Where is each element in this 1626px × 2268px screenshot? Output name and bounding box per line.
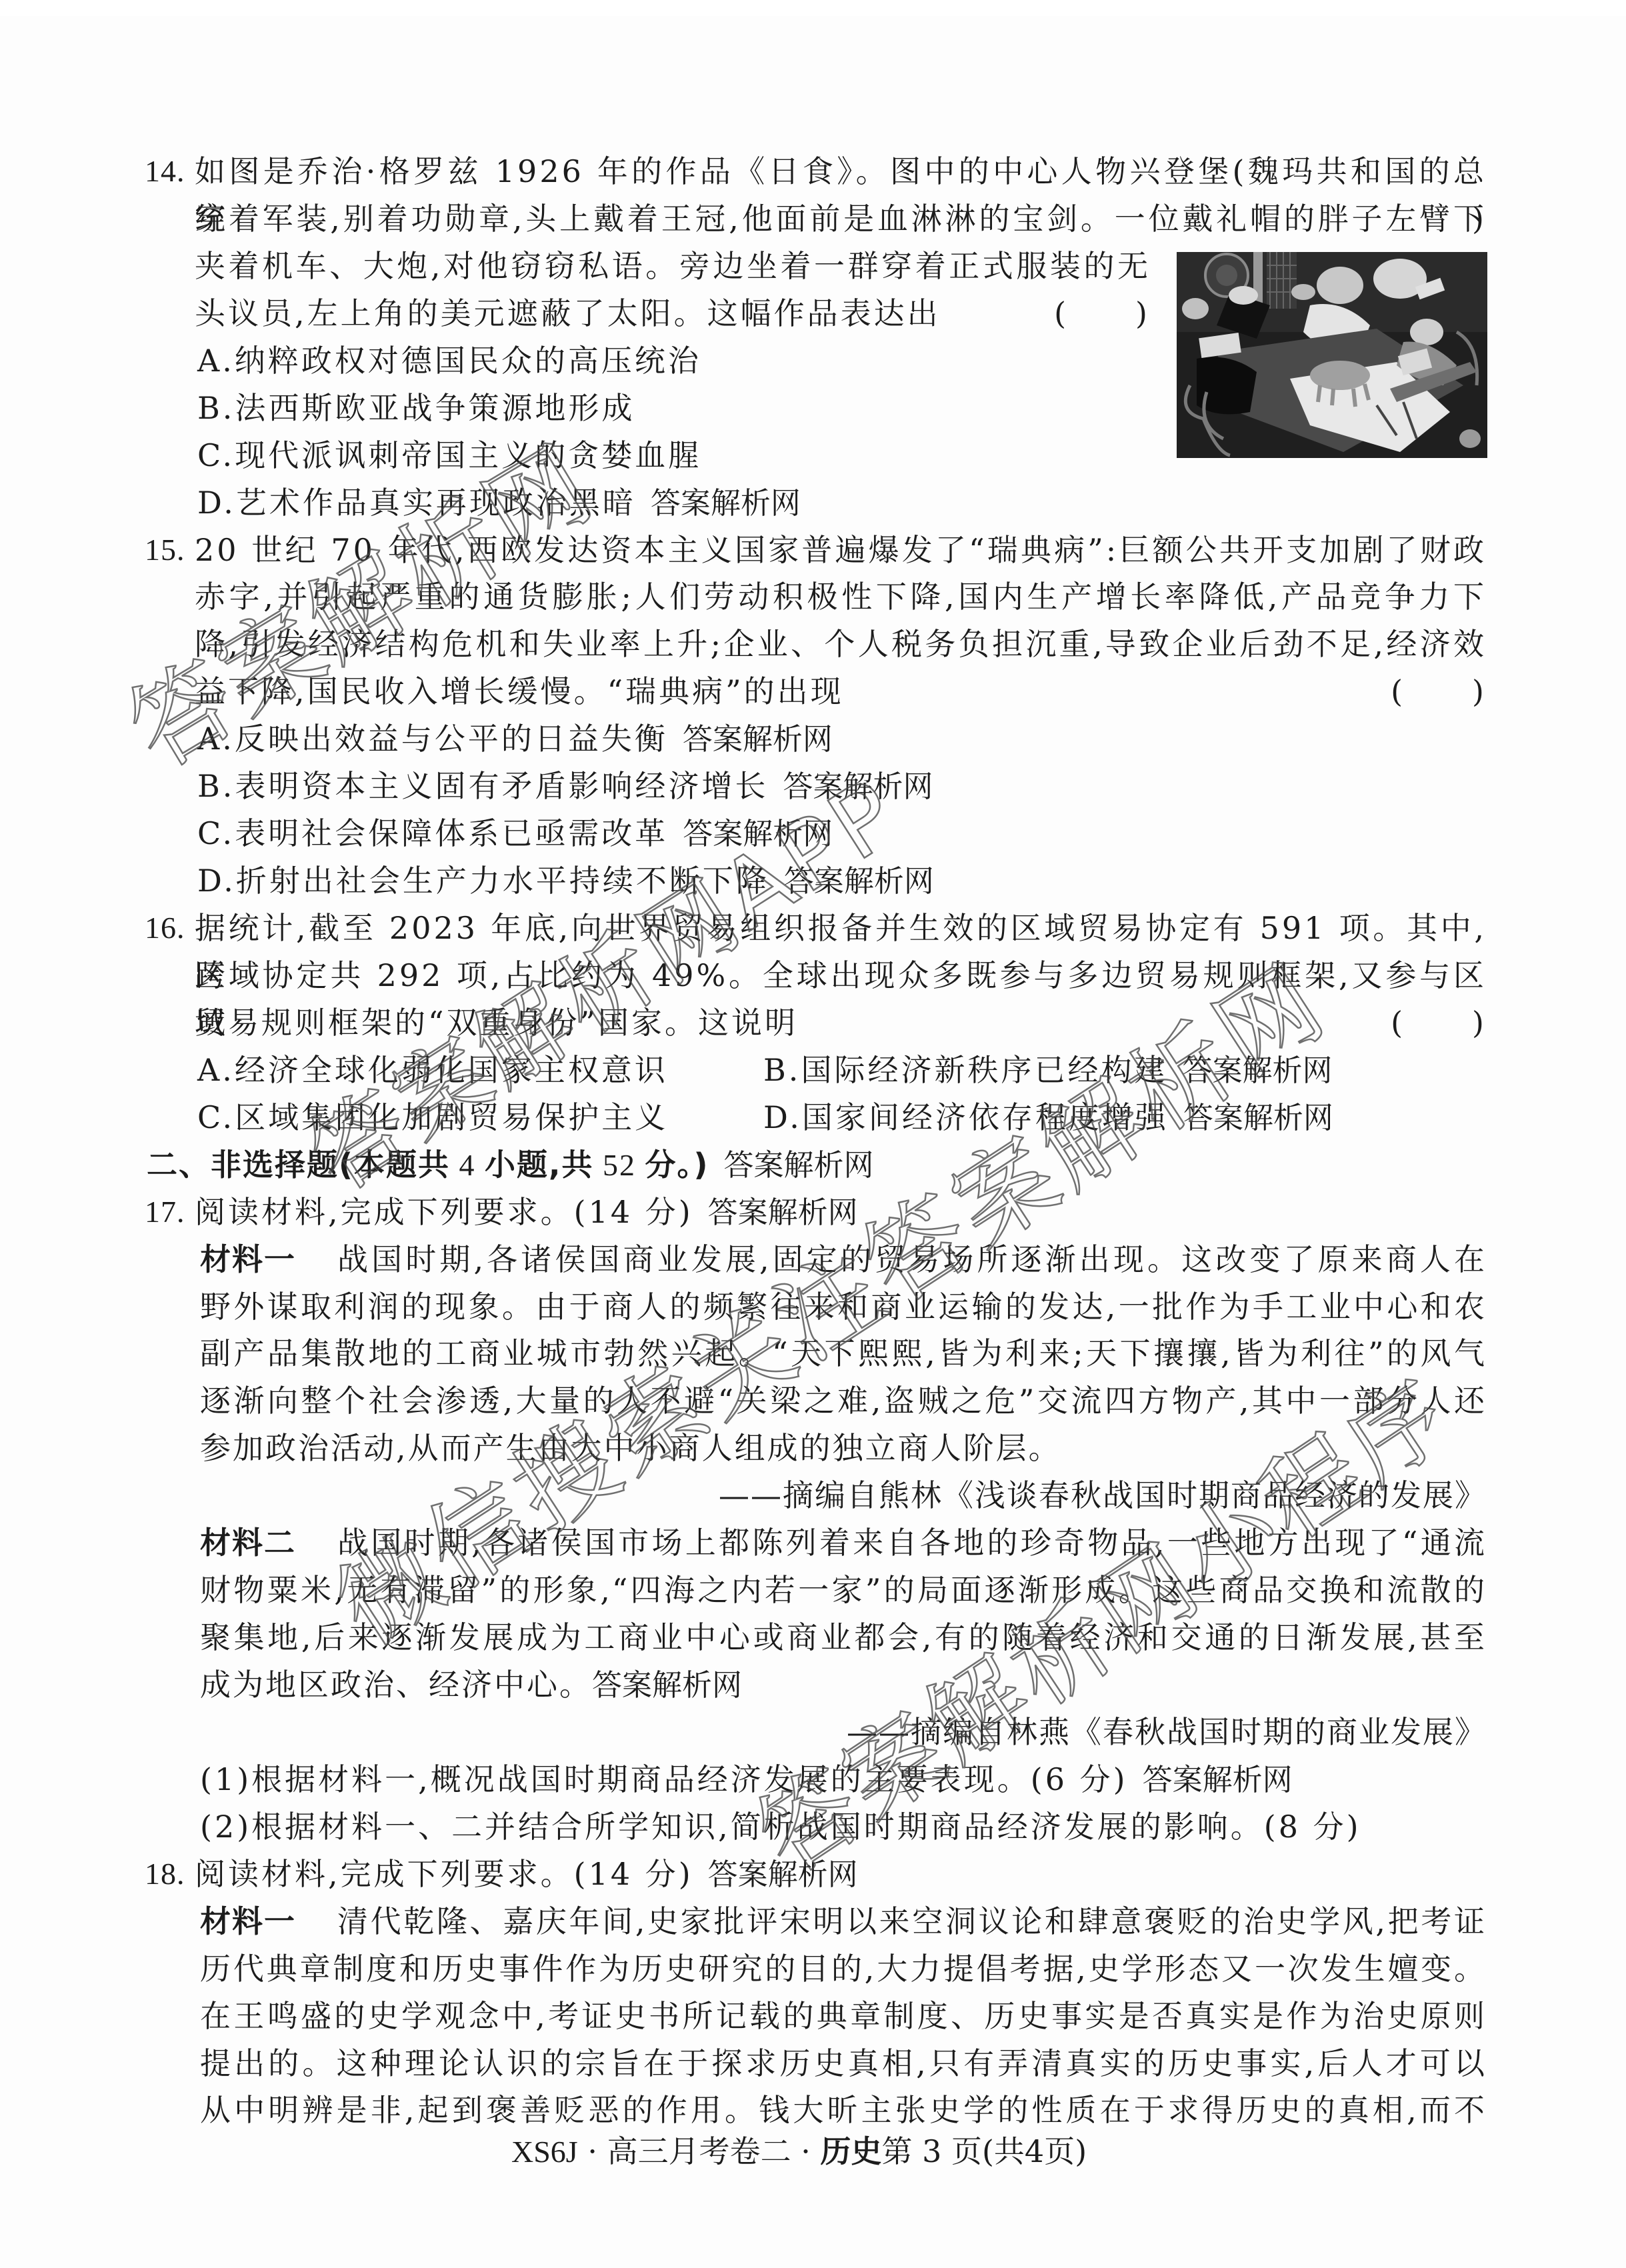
q15-line-3: 降,引发经济结构危机和失业率上升;企业、个人税务负担沉重,导致企业后劲不足,经济… xyxy=(0,621,1626,668)
material-text: 提出的。这种理论认识的宗旨在于探求历史真相,只有弄清真实的历史事实,后人才可以 xyxy=(200,2040,1487,2087)
q17-material2-source: ——摘编自林燕《春秋战国时期的商业发展》 xyxy=(0,1709,1626,1756)
option-label: A. xyxy=(197,1052,235,1088)
option-label: B. xyxy=(197,768,235,804)
subject-name: 历史 xyxy=(820,2133,881,2169)
q17-material2-line-1: 材料二 战国时期,各诸侯国市场上都陈列着来自各地的珍奇物品,一些地方出现了“通流 xyxy=(0,1519,1626,1567)
option-label: A. xyxy=(197,343,235,379)
material-source: ——摘编自林燕《春秋战国时期的商业发展》 xyxy=(847,1709,1487,1756)
q14-line-2: 穿着军装,别着功勋章,头上戴着王冠,他面前是血淋淋的宝剑。一位戴礼帽的胖子左臂下 xyxy=(0,195,1626,243)
section-heading: 二、非选择题(本题共 4 小题,共 52 分。)答案解析网 xyxy=(0,1141,1626,1189)
option-label: A. xyxy=(197,721,235,757)
q14-line-4: 头议员,左上角的美元遮蔽了太阳。这幅作品表达出 ( ) xyxy=(0,290,1626,337)
option-text: 国家间经济依存程度增强 xyxy=(802,1099,1169,1135)
page-footer: XS6J · 高三月考卷二 · 历史第 3 页(共4页) xyxy=(511,2128,1087,2175)
watermark-suffix: 答案解析网 xyxy=(783,769,933,804)
footer-separator: · xyxy=(791,2133,821,2169)
watermark-suffix: 答案解析网 xyxy=(724,1147,874,1183)
option-text: 经济全球化弱化国家主权意识 xyxy=(235,1052,668,1088)
question-text: 贸易规则框架的“双重身份”国家。这说明 xyxy=(195,999,798,1047)
material-text: 在王鸣盛的史学观念中,考证史书所记载的典章制度、历史事实是否真实是作为治史原则 xyxy=(200,1993,1487,2040)
q17-material2-line-2: 财物粟米,无有滞留”的形象,“四海之内若一家”的局面逐渐形成。这些商品交换和流散… xyxy=(0,1567,1626,1614)
option-text: 国际经济新秩序已经构建 xyxy=(801,1052,1167,1088)
option-text: 法西斯欧亚战争策源地形成 xyxy=(235,390,635,426)
material-label: 材料一 xyxy=(200,1898,296,1945)
option-label: C. xyxy=(197,1099,235,1135)
q16-option-a: A.经济全球化弱化国家主权意识 xyxy=(197,1047,668,1094)
q17-prompt: 17. 阅读材料,完成下列要求。(14 分)答案解析网 xyxy=(0,1189,1626,1236)
q17-material1-source: ——摘编自熊林《浅谈春秋战国时期商品经济的发展》 xyxy=(0,1472,1626,1519)
material-text: 从中明辨是非,起到褒善贬恶的作用。钱大昕主张史学的性质在于求得历史的真相,而不 xyxy=(200,2087,1487,2134)
option-text: 反映出效益与公平的日益失衡 xyxy=(235,721,668,757)
option-text: 表明资本主义固有矛盾影响经济增长 xyxy=(235,768,768,804)
q14-line-1: 14. 如图是乔治·格罗兹 1926 年的作品《日食》。图中的中心人物兴登堡(魏… xyxy=(0,148,1626,195)
q15-option-a: A.反映出效益与公平的日益失衡答案解析网 xyxy=(0,715,1626,763)
question-text: 降,引发经济结构危机和失业率上升;企业、个人税务负担沉重,导致企业后劲不足,经济… xyxy=(195,621,1487,668)
page-number: 第 3 页(共4页) xyxy=(881,2133,1087,2169)
q18-material1-line-3: 在王鸣盛的史学观念中,考证史书所记载的典章制度、历史事实是否真实是作为治史原则 xyxy=(0,1993,1626,2040)
q15-line-2: 赤字,并引起严重的通货膨胀;人们劳动积极性下降,国内生产增长率降低,产品竞争力下 xyxy=(0,573,1626,621)
option-text: 区域集团化加剧贸易保护主义 xyxy=(235,1099,668,1135)
q15-option-b: B.表明资本主义固有矛盾影响经济增长答案解析网 xyxy=(0,763,1626,810)
question-text: 夹着机车、大炮,对他窃窃私语。旁边坐着一群穿着正式服装的无 xyxy=(195,243,1151,290)
q14-option-b: B.法西斯欧亚战争策源地形成 xyxy=(0,385,1626,432)
question-number: 14. xyxy=(145,148,185,195)
material-text: 逐渐向整个社会渗透,大量的人不避“关梁之难,盗贼之危”交流四方物产,其中一部分人… xyxy=(200,1377,1487,1425)
material-label: 材料二 xyxy=(200,1519,296,1567)
material-text: 聚集地,后来逐渐发展成为工商业中心或商业都会,有的随着经济和交通的日渐发展,甚至 xyxy=(200,1614,1487,1661)
q14-line-3: 夹着机车、大炮,对他窃窃私语。旁边坐着一群穿着正式服装的无 xyxy=(0,243,1626,290)
option-label: C. xyxy=(197,437,235,473)
q16-line-1: 16. 据统计,截至 2023 年底,向世界贸易组织报备并生效的区域贸易协定有 … xyxy=(0,905,1626,952)
q18-material1-line-2: 历代典章制度和历史事件作为历史研究的目的,大力提倡考据,史学形态又一次发生嬗变。 xyxy=(0,1945,1626,1993)
exam-name: 高三月考卷二 xyxy=(607,2133,791,2169)
q18-prompt: 18. 阅读材料,完成下列要求。(14 分)答案解析网 xyxy=(0,1851,1626,1898)
section-title-part: 小题,共 xyxy=(485,1147,593,1183)
q17-material2-line-3: 聚集地,后来逐渐发展成为工商业中心或商业都会,有的随着经济和交通的日渐发展,甚至 xyxy=(0,1614,1626,1661)
material-label: 材料一 xyxy=(200,1236,296,1283)
watermark-suffix: 答案解析网 xyxy=(708,1195,858,1230)
q17-material1-line-1: 材料一 战国时期,各诸侯国商业发展,固定的贸易场所逐渐出现。这改变了原来商人在 xyxy=(0,1236,1626,1283)
q16-options-row-1: A.经济全球化弱化国家主权意识 B.国际经济新秩序已经构建答案解析网 xyxy=(0,1047,1626,1094)
option-label: D. xyxy=(197,863,236,899)
q18-material1-line-4: 提出的。这种理论认识的宗旨在于探求历史真相,只有弄清真实的历史事实,后人才可以 xyxy=(0,2040,1626,2087)
q17-material2-line-4: 成为地区政治、经济中心。答案解析网 xyxy=(0,1661,1626,1709)
subquestion-text: (2)根据材料一、二并结合所学知识,简析战国时期商品经济发展的影响。(8 分) xyxy=(200,1809,1361,1845)
paper-code: XS6J xyxy=(511,2135,578,2169)
option-text: 现代派讽刺帝国主义的贪婪血腥 xyxy=(235,437,701,473)
answer-bracket: ( ) xyxy=(1391,999,1487,1047)
option-label: B. xyxy=(197,390,235,426)
q16-line-3: 贸易规则框架的“双重身份”国家。这说明 ( ) xyxy=(0,999,1626,1047)
q17-subquestion-2: (2)根据材料一、二并结合所学知识,简析战国时期商品经济发展的影响。(8 分) xyxy=(0,1803,1626,1851)
question-text: 赤字,并引起严重的通货膨胀;人们劳动积极性下降,国内生产增长率降低,产品竞争力下 xyxy=(195,573,1487,621)
question-number: 18. xyxy=(145,1851,185,1898)
question-text: 头议员,左上角的美元遮蔽了太阳。这幅作品表达出 xyxy=(195,290,941,337)
watermark-suffix: 答案解析网 xyxy=(651,485,801,521)
q16-line-2: 区域协定共 292 项,占比约为 49%。全球出现众多既参与多边贸易规则框架,又… xyxy=(0,952,1626,999)
material-text: 清代乾隆、嘉庆年间,史家批评宋明以来空洞议论和肆意褒贬的治史学风,把考证 xyxy=(337,1898,1487,1945)
material-text: 财物粟米,无有滞留”的形象,“四海之内若一家”的局面逐渐形成。这些商品交换和流散… xyxy=(200,1567,1487,1614)
watermark-suffix: 答案解析网 xyxy=(683,816,833,851)
question-number: 17. xyxy=(145,1189,185,1236)
q14-option-a: A.纳粹政权对德国民众的高压统治 xyxy=(0,337,1626,385)
watermark-suffix: 答案解析网 xyxy=(1183,1100,1333,1135)
subquestion-text: (1)根据材料一,概况战国时期商品经济发展的主要表现。(6 分) xyxy=(200,1761,1128,1797)
watermark-suffix: 答案解析网 xyxy=(683,721,833,757)
material-text: 历代典章制度和历史事件作为历史研究的目的,大力提倡考据,史学形态又一次发生嬗变。 xyxy=(200,1945,1487,1993)
q17-material1-line-2: 野外谋取利润的现象。由于商人的频繁往来和商业运输的发达,一批作为手工业中心和农 xyxy=(0,1283,1626,1331)
question-count: 4 xyxy=(450,1148,485,1182)
exam-content: 14. 如图是乔治·格罗兹 1926 年的作品《日食》。图中的中心人物兴登堡(魏… xyxy=(0,148,1626,2134)
answer-bracket: ( ) xyxy=(1054,290,1150,337)
option-label: D. xyxy=(763,1099,802,1135)
option-text: 纳粹政权对德国民众的高压统治 xyxy=(235,343,701,379)
answer-bracket: ( ) xyxy=(1391,668,1487,715)
material-text: 战国时期,各诸侯国商业发展,固定的贸易场所逐渐出现。这改变了原来商人在 xyxy=(337,1236,1487,1283)
q17-subquestion-1: (1)根据材料一,概况战国时期商品经济发展的主要表现。(6 分)答案解析网 xyxy=(0,1756,1626,1803)
question-text: 益下降,国民收入增长缓慢。“瑞典病”的出现 xyxy=(195,668,844,715)
watermark-suffix: 答案解析网 xyxy=(708,1857,858,1892)
section-title-part: 二、非选择题(本题共 xyxy=(147,1147,450,1183)
watermark-suffix: 答案解析网 xyxy=(784,863,934,899)
footer-separator: · xyxy=(578,2133,607,2169)
material-source: ——摘编自熊林《浅谈春秋战国时期商品经济的发展》 xyxy=(719,1472,1487,1519)
material-text: 战国时期,各诸侯国市场上都陈列着来自各地的珍奇物品,一些地方出现了“通流 xyxy=(337,1519,1487,1567)
option-label: D. xyxy=(197,485,236,521)
q15-option-d: D.折射出社会生产力水平持续不断下降答案解析网 xyxy=(0,857,1626,905)
option-label: C. xyxy=(197,815,235,851)
question-text: 20 世纪 70 年代,西欧发达资本主义国家普遍爆发了“瑞典病”:巨额公共开支加… xyxy=(195,527,1487,574)
q18-material1-line-1: 材料一 清代乾隆、嘉庆年间,史家批评宋明以来空洞议论和肆意褒贬的治史学风,把考证 xyxy=(0,1898,1626,1945)
q14-option-d: D.艺术作品真实再现政治黑暗答案解析网 xyxy=(0,479,1626,527)
q17-material1-line-3: 副产品集散地的工商业城市勃然兴起。“天下熙熙,皆为利来;天下攘攘,皆为利往”的风… xyxy=(0,1330,1626,1377)
watermark-suffix: 答案解析网 xyxy=(592,1667,742,1703)
option-text: 折射出社会生产力水平持续不断下降 xyxy=(236,863,769,899)
watermark-suffix: 答案解析网 xyxy=(1143,1762,1293,1797)
material-text: 副产品集散地的工商业城市勃然兴起。“天下熙熙,皆为利来;天下攘攘,皆为利往”的风… xyxy=(200,1330,1487,1377)
q17-material1-line-4: 逐渐向整个社会渗透,大量的人不避“关梁之难,盗贼之危”交流四方物产,其中一部分人… xyxy=(0,1377,1626,1425)
option-text: 表明社会保障体系已亟需改革 xyxy=(235,815,668,851)
material-text: 成为地区政治、经济中心。 xyxy=(200,1667,592,1703)
section-title-part: 分。) xyxy=(645,1147,709,1183)
q17-material1-line-5: 参加政治活动,从而产生由大中小商人组成的独立商人阶层。 xyxy=(0,1425,1626,1472)
q15-option-c: C.表明社会保障体系已亟需改革答案解析网 xyxy=(0,810,1626,857)
q15-line-1: 15. 20 世纪 70 年代,西欧发达资本主义国家普遍爆发了“瑞典病”:巨额公… xyxy=(0,527,1626,574)
question-text: 穿着军装,别着功勋章,头上戴着王冠,他面前是血淋淋的宝剑。一位戴礼帽的胖子左臂下 xyxy=(195,195,1487,243)
scan-top-band xyxy=(0,0,1626,16)
option-text: 艺术作品真实再现政治黑暗 xyxy=(236,485,636,521)
material-text: 参加政治活动,从而产生由大中小商人组成的独立商人阶层。 xyxy=(200,1425,1061,1472)
q16-option-c: C.区域集团化加剧贸易保护主义 xyxy=(197,1094,668,1141)
question-number: 15. xyxy=(145,527,185,574)
question-text: 阅读材料,完成下列要求。(14 分) xyxy=(195,1856,693,1892)
q18-material1-line-5: 从中明辨是非,起到褒善贬恶的作用。钱大昕主张史学的性质在于求得历史的真相,而不 xyxy=(0,2087,1626,2134)
watermark-suffix: 答案解析网 xyxy=(1182,1053,1332,1088)
q14-option-c: C.现代派讽刺帝国主义的贪婪血腥 xyxy=(0,432,1626,479)
option-label: B. xyxy=(763,1052,801,1088)
question-text: 阅读材料,完成下列要求。(14 分) xyxy=(195,1194,693,1230)
material-text: 野外谋取利润的现象。由于商人的频繁往来和商业运输的发达,一批作为手工业中心和农 xyxy=(200,1283,1487,1331)
q16-options-row-2: C.区域集团化加剧贸易保护主义 D.国家间经济依存程度增强答案解析网 xyxy=(0,1094,1626,1141)
q15-line-4: 益下降,国民收入增长缓慢。“瑞典病”的出现 ( ) xyxy=(0,668,1626,715)
question-number: 16. xyxy=(145,905,185,952)
total-score: 52 xyxy=(594,1148,645,1182)
q16-option-d: D.国家间经济依存程度增强答案解析网 xyxy=(763,1094,1333,1142)
q16-option-b: B.国际经济新秩序已经构建答案解析网 xyxy=(763,1047,1332,1095)
